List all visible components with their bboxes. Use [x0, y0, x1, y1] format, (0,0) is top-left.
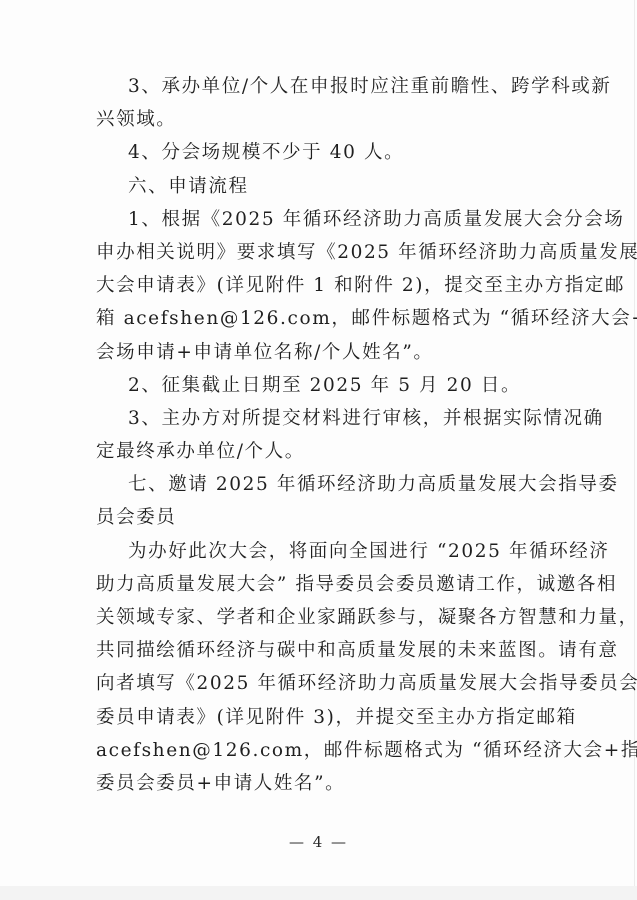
paragraph-line: 会场申请+申请单位名称/个人姓名”。	[96, 336, 546, 369]
section-heading: 六、申请流程	[96, 170, 546, 203]
paragraph-line: 4、分会场规模不少于 40 人。	[96, 136, 546, 169]
paragraph-line: 1、根据《2025 年循环经济助力高质量发展大会分会场	[96, 203, 546, 236]
page-number: — 4 —	[0, 833, 637, 851]
paragraph-line: 大会申请表》(详见附件 1 和附件 2)，提交至主办方指定邮	[96, 269, 546, 302]
paragraph-line: 3、承办单位/个人在申报时应注重前瞻性、跨学科或新	[96, 70, 546, 103]
section-heading: 七、邀请 2025 年循环经济助力高质量发展大会指导委	[96, 468, 546, 501]
page-bottom-edge	[0, 886, 637, 900]
paragraph-line: 为办好此次大会，将面向全国进行 “2025 年循环经济	[96, 535, 546, 568]
document-page: 3、承办单位/个人在申报时应注重前瞻性、跨学科或新 兴领域。 4、分会场规模不少…	[0, 0, 635, 900]
paragraph-line: 委员申请表》(详见附件 3)，并提交至主办方指定邮箱	[96, 701, 546, 734]
paragraph-line: 定最终承办单位/个人。	[96, 435, 546, 468]
paragraph-line: 委员会委员+申请人姓名”。	[96, 767, 546, 800]
paragraph-line: 兴领域。	[96, 103, 546, 136]
document-body: 3、承办单位/个人在申报时应注重前瞻性、跨学科或新 兴领域。 4、分会场规模不少…	[96, 70, 546, 800]
paragraph-line: 3、主办方对所提交材料进行审核，并根据实际情况确	[96, 402, 546, 435]
paragraph-line: 关领域专家、学者和企业家踊跃参与，凝聚各方智慧和力量，	[96, 601, 546, 634]
paragraph-line: 申办相关说明》要求填写《2025 年循环经济助力高质量发展	[96, 236, 546, 269]
paragraph-line: 向者填写《2025 年循环经济助力高质量发展大会指导委员会	[96, 667, 546, 700]
section-heading: 员会委员	[96, 501, 546, 534]
paragraph-line: acefshen@126.com，邮件标题格式为 “循环经济大会+指导	[96, 734, 546, 767]
paragraph-line: 2、征集截止日期至 2025 年 5 月 20 日。	[96, 369, 546, 402]
paragraph-line: 助力高质量发展大会” 指导委员会委员邀请工作，诚邀各相	[96, 568, 546, 601]
paragraph-line: 箱 acefshen@126.com，邮件标题格式为 “循环经济大会+分	[96, 302, 546, 335]
paragraph-line: 共同描绘循环经济与碳中和高质量发展的未来蓝图。请有意	[96, 634, 546, 667]
